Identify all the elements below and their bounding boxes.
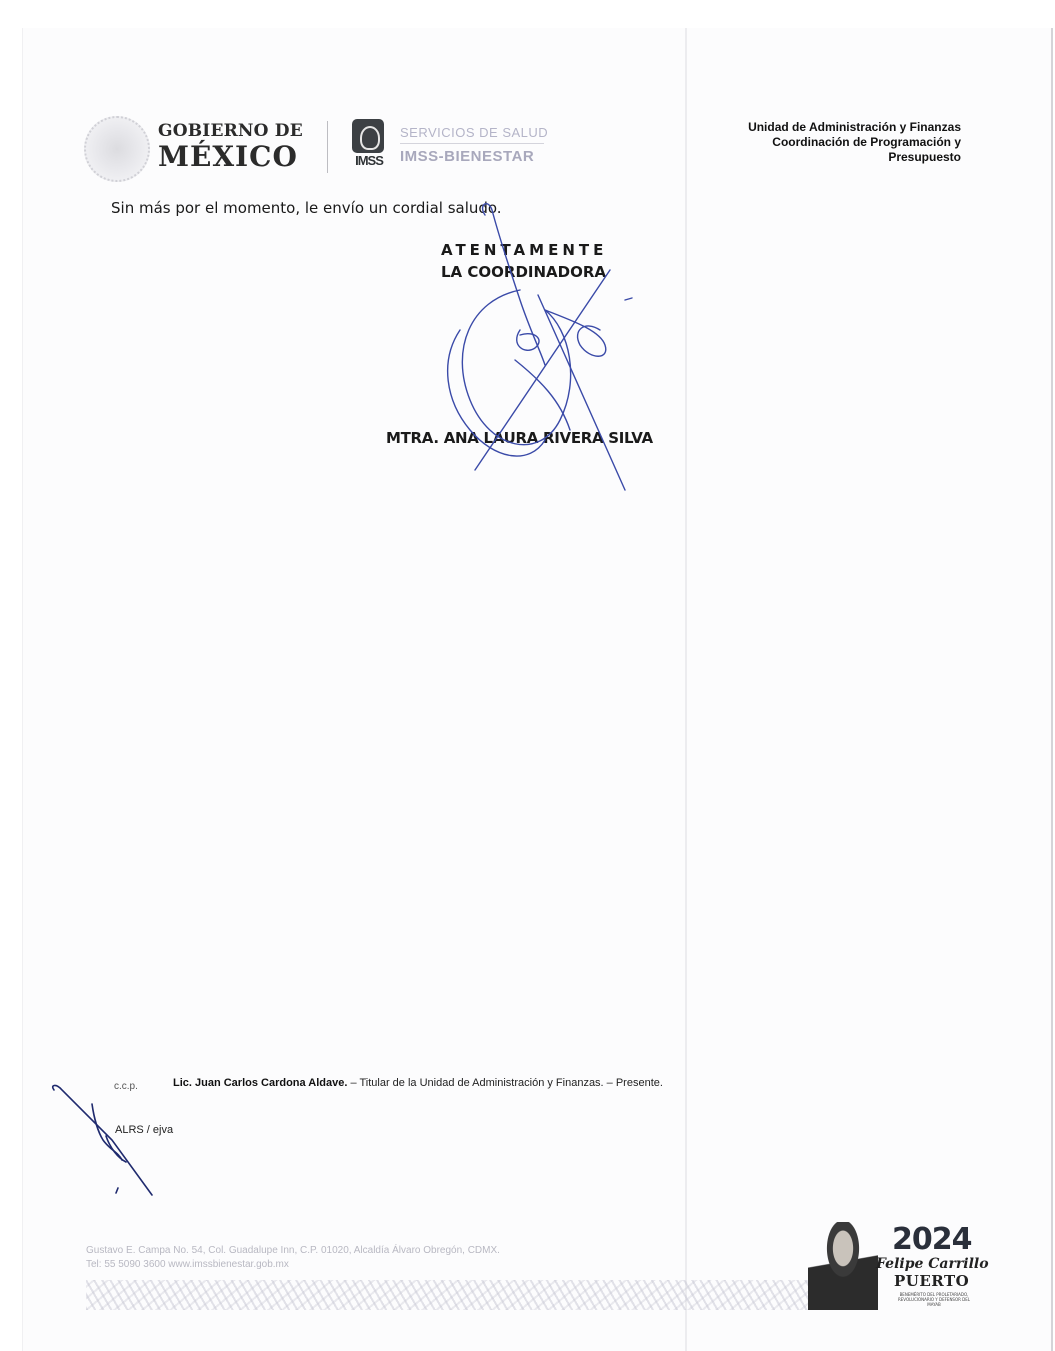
institution-line2: IMSS-BIENESTAR xyxy=(400,148,534,165)
institution-divider xyxy=(400,143,544,144)
signer-title: LA COORDINADORA xyxy=(441,263,606,281)
page-fold-line xyxy=(685,28,687,1351)
signer-name: MTRA. ANA LAURA RIVERA SILVA xyxy=(386,429,653,447)
government-logo-line2: MÉXICO xyxy=(158,140,298,173)
national-seal-icon xyxy=(84,116,150,182)
imss-eagle-icon xyxy=(352,119,384,153)
imss-logo: IMSS xyxy=(349,119,389,169)
reference-initials: ALRS / ejva xyxy=(115,1124,173,1136)
government-logo-line1: GOBIERNO DE xyxy=(158,121,303,141)
ccp-label: c.c.p. xyxy=(114,1081,138,1092)
unit-line3: Presupuesto xyxy=(748,150,961,165)
document-page xyxy=(22,28,1053,1351)
commemorative-caption: BENEMÉRITO DEL PROLETARIADO, REVOLUCIONA… xyxy=(894,1292,974,1307)
address-line1: Gustavo E. Campa No. 54, Col. Guadalupe … xyxy=(86,1244,500,1258)
commemorative-surname: PUERTO xyxy=(894,1272,969,1290)
salutation: ATENTAMENTE xyxy=(441,241,607,259)
commemorative-emblem: 2024 Felipe Carrillo PUERTO BENEMÉRITO D… xyxy=(806,1220,996,1312)
unit-line2: Coordinación de Programación y xyxy=(748,135,961,150)
header-divider xyxy=(327,121,328,173)
ccp-recipient: Lic. Juan Carlos Cardona Aldave. – Titul… xyxy=(173,1077,663,1089)
address-block: Gustavo E. Campa No. 54, Col. Guadalupe … xyxy=(86,1244,500,1272)
ccp-details: – Titular de la Unidad de Administración… xyxy=(347,1077,663,1089)
imss-logo-label: IMSS xyxy=(349,153,389,168)
address-line2: Tel: 55 5090 3600 www.imssbienestar.gob.… xyxy=(86,1258,500,1272)
unit-line1: Unidad de Administración y Finanzas xyxy=(748,120,961,135)
portrait-image xyxy=(808,1222,878,1310)
ccp-name: Lic. Juan Carlos Cardona Aldave. xyxy=(173,1077,347,1089)
commemorative-name: Felipe Carrillo xyxy=(876,1256,989,1272)
decorative-pattern xyxy=(86,1280,816,1310)
issuing-unit: Unidad de Administración y Finanzas Coor… xyxy=(748,120,961,165)
closing-line: Sin más por el momento, le envío un cord… xyxy=(111,199,502,217)
commemorative-year: 2024 xyxy=(892,1222,972,1257)
institution-line1: SERVICIOS DE SALUD xyxy=(400,125,548,140)
